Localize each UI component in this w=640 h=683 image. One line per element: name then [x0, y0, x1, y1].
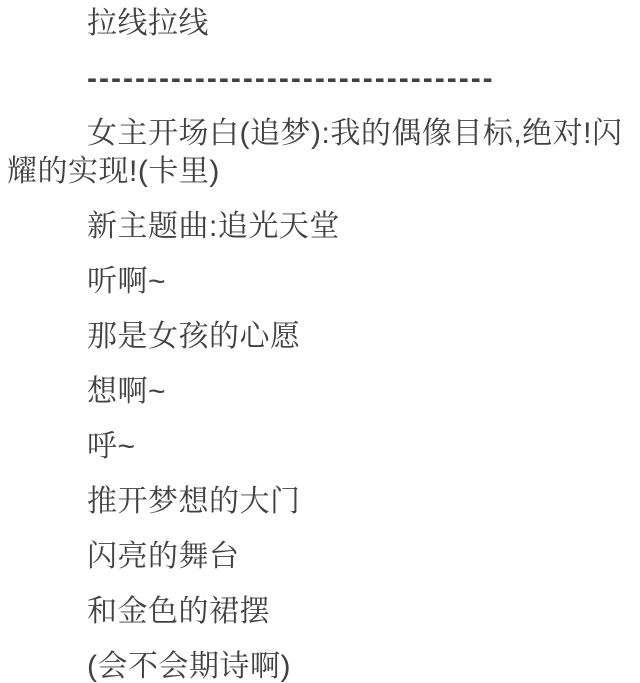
- paragraph-intro: 女主开场白(追梦):我的偶像目标,绝对!闪耀的实现!(卡里): [7, 115, 634, 191]
- lyric-line: 闪亮的舞台: [7, 538, 634, 576]
- lyric-line: 想啊~: [7, 373, 634, 411]
- lyric-line: 呼~: [7, 428, 634, 466]
- article-body: 拉线拉线 ---------------------------------- …: [0, 0, 640, 683]
- lyric-line: 那是女孩的心愿: [7, 318, 634, 356]
- lyric-line: 和金色的裙摆: [7, 593, 634, 631]
- lyric-line: (会不会期诗啊): [7, 648, 634, 683]
- separator-line: ----------------------------------: [7, 60, 634, 98]
- paragraph-theme-song: 新主题曲:追光天堂: [7, 208, 634, 246]
- document-title: 拉线拉线: [7, 5, 634, 43]
- lyric-line: 听啊~: [7, 263, 634, 301]
- lyric-line: 推开梦想的大门: [7, 483, 634, 521]
